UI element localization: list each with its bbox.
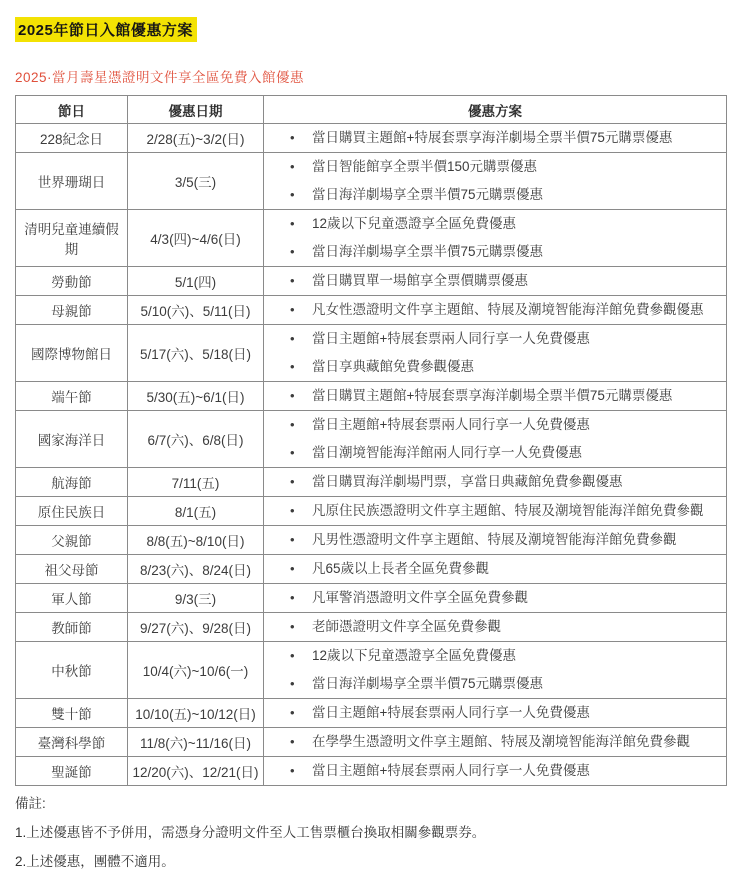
table-row: 228紀念日2/28(五)~3/2(日)當日購買主題館+特展套票享海洋劇場全票半… [16,124,727,153]
table-row: 教師節9/27(六)、9/28(日)老師憑證明文件享全區免費參觀 [16,613,727,642]
date-cell: 7/11(五) [128,468,264,497]
offer-item: 當日購買海洋劇場門票，享當日典藏館免費參觀優惠 [290,468,720,496]
holiday-cell: 航海節 [16,468,128,497]
offer-item: 當日主題館+特展套票兩人同行享一人免費優惠 [290,325,720,353]
offer-item: 12歲以下兒童憑證享全區免費優惠 [290,642,720,670]
offer-list: 當日購買主題館+特展套票享海洋劇場全票半價75元購票優惠 [264,382,726,410]
date-cell: 12/20(六)、12/21(日) [128,757,264,786]
holiday-cell: 世界珊瑚日 [16,153,128,210]
offer-list: 當日主題館+特展套票兩人同行享一人免費優惠 [264,757,726,785]
offer-item: 當日智能館享全票半價150元購票優惠 [290,153,720,181]
offer-item: 當日海洋劇場享全票半價75元購票優惠 [290,238,720,266]
offer-list: 12歲以下兒童憑證享全區免費優惠當日海洋劇場享全票半價75元購票優惠 [264,642,726,698]
table-row: 清明兒童連續假期4/3(四)~4/6(日)12歲以下兒童憑證享全區免費優惠當日海… [16,210,727,267]
offer-item: 凡軍警消憑證明文件享全區免費參觀 [290,584,720,612]
holiday-cell: 勞動節 [16,267,128,296]
holiday-cell: 國家海洋日 [16,411,128,468]
header-cell-offers: 優惠方案 [264,96,727,124]
table-row: 軍人節9/3(三)凡軍警消憑證明文件享全區免費參觀 [16,584,727,613]
table-row: 端午節5/30(五)~6/1(日)當日購買主題館+特展套票享海洋劇場全票半價75… [16,382,727,411]
offer-list: 當日購買主題館+特展套票享海洋劇場全票半價75元購票優惠 [264,124,726,152]
header-cell-holiday: 節日 [16,96,128,124]
offers-cell: 凡女性憑證明文件享主題館、特展及潮境智能海洋館免費參觀優惠 [264,296,727,325]
date-cell: 10/4(六)~10/6(一) [128,642,264,699]
date-cell: 8/1(五) [128,497,264,526]
offers-cell: 凡65歲以上長者全區免費參觀 [264,555,727,584]
offers-cell: 當日主題館+特展套票兩人同行享一人免費優惠當日潮境智能海洋館兩人同行享一人免費優… [264,411,727,468]
note-line: 1.上述優惠皆不予併用，需憑身分證明文件至人工售票櫃台換取相關參觀票券。 [15,824,726,842]
date-cell: 3/5(三) [128,153,264,210]
offer-item: 當日主題館+特展套票兩人同行享一人免費優惠 [290,411,720,439]
header-cell-date: 優惠日期 [128,96,264,124]
holiday-cell: 雙十節 [16,699,128,728]
document-page: 2025年節日入館優惠方案 2025·當月壽星憑證明文件享全區免費入館優惠 節日… [0,0,740,871]
table-row: 航海節7/11(五)當日購買海洋劇場門票，享當日典藏館免費參觀優惠 [16,468,727,497]
offers-cell: 12歲以下兒童憑證享全區免費優惠當日海洋劇場享全票半價75元購票優惠 [264,642,727,699]
date-cell: 6/7(六)、6/8(日) [128,411,264,468]
offers-cell: 12歲以下兒童憑證享全區免費優惠當日海洋劇場享全票半價75元購票優惠 [264,210,727,267]
offer-item: 當日享典藏館免費參觀優惠 [290,353,720,381]
holiday-cell: 父親節 [16,526,128,555]
holiday-cell: 國際博物館日 [16,325,128,382]
offer-item: 當日購買主題館+特展套票享海洋劇場全票半價75元購票優惠 [290,382,720,410]
offers-cell: 在學學生憑證明文件享主題館、特展及潮境智能海洋館免費參觀 [264,728,727,757]
holiday-cell: 臺灣科學節 [16,728,128,757]
offer-list: 凡原住民族憑證明文件享主題館、特展及潮境智能海洋館免費參觀 [264,497,726,525]
holiday-cell: 軍人節 [16,584,128,613]
offer-list: 老師憑證明文件享全區免費參觀 [264,613,726,641]
offer-list: 凡65歲以上長者全區免費參觀 [264,555,726,583]
holiday-discount-table: 節日 優惠日期 優惠方案 228紀念日2/28(五)~3/2(日)當日購買主題館… [15,95,727,786]
date-cell: 4/3(四)~4/6(日) [128,210,264,267]
offer-list: 12歲以下兒童憑證享全區免費優惠當日海洋劇場享全票半價75元購票優惠 [264,210,726,266]
offer-item: 當日海洋劇場享全票半價75元購票優惠 [290,670,720,698]
offers-cell: 凡原住民族憑證明文件享主題館、特展及潮境智能海洋館免費參觀 [264,497,727,526]
offer-list: 凡女性憑證明文件享主題館、特展及潮境智能海洋館免費參觀優惠 [264,296,726,324]
page-subtitle: 2025·當月壽星憑證明文件享全區免費入館優惠 [15,66,726,86]
offer-list: 當日主題館+特展套票兩人同行享一人免費優惠當日潮境智能海洋館兩人同行享一人免費優… [264,411,726,467]
holiday-cell: 祖父母節 [16,555,128,584]
date-cell: 9/3(三) [128,584,264,613]
table-row: 國際博物館日5/17(六)、5/18(日)當日主題館+特展套票兩人同行享一人免費… [16,325,727,382]
table-row: 父親節8/8(五)~8/10(日)凡男性憑證明文件享主題館、特展及潮境智能海洋館… [16,526,727,555]
offer-item: 凡男性憑證明文件享主題館、特展及潮境智能海洋館免費參觀 [290,526,720,554]
holiday-cell: 聖誕節 [16,757,128,786]
offer-list: 凡軍警消憑證明文件享全區免費參觀 [264,584,726,612]
offer-item: 當日主題館+特展套票兩人同行享一人免費優惠 [290,757,720,785]
date-cell: 9/27(六)、9/28(日) [128,613,264,642]
date-cell: 8/8(五)~8/10(日) [128,526,264,555]
offer-item: 凡原住民族憑證明文件享主題館、特展及潮境智能海洋館免費參觀 [290,497,720,525]
table-row: 聖誕節12/20(六)、12/21(日)當日主題館+特展套票兩人同行享一人免費優… [16,757,727,786]
table-row: 原住民族日8/1(五)凡原住民族憑證明文件享主題館、特展及潮境智能海洋館免費參觀 [16,497,727,526]
offers-cell: 當日購買海洋劇場門票，享當日典藏館免費參觀優惠 [264,468,727,497]
offer-list: 當日智能館享全票半價150元購票優惠當日海洋劇場享全票半價75元購票優惠 [264,153,726,209]
offer-item: 在學學生憑證明文件享主題館、特展及潮境智能海洋館免費參觀 [290,728,720,756]
holiday-cell: 教師節 [16,613,128,642]
date-cell: 5/10(六)、5/11(日) [128,296,264,325]
note-line: 2.上述優惠，團體不適用。 [15,853,726,871]
offer-list: 當日主題館+特展套票兩人同行享一人免費優惠當日享典藏館免費參觀優惠 [264,325,726,381]
table-row: 母親節5/10(六)、5/11(日)凡女性憑證明文件享主題館、特展及潮境智能海洋… [16,296,727,325]
offer-list: 凡男性憑證明文件享主題館、特展及潮境智能海洋館免費參觀 [264,526,726,554]
holiday-cell: 228紀念日 [16,124,128,153]
notes-section: 備註: 1.上述優惠皆不予併用，需憑身分證明文件至人工售票櫃台換取相關參觀票券。… [15,795,726,871]
date-cell: 5/17(六)、5/18(日) [128,325,264,382]
holiday-cell: 中秋節 [16,642,128,699]
page-title: 2025年節日入館優惠方案 [15,17,197,42]
offers-cell: 老師憑證明文件享全區免費參觀 [264,613,727,642]
offers-cell: 當日主題館+特展套票兩人同行享一人免費優惠 [264,757,727,786]
offer-list: 當日購買海洋劇場門票，享當日典藏館免費參觀優惠 [264,468,726,496]
date-cell: 5/30(五)~6/1(日) [128,382,264,411]
offer-list: 在學學生憑證明文件享主題館、特展及潮境智能海洋館免費參觀 [264,728,726,756]
offers-cell: 當日主題館+特展套票兩人同行享一人免費優惠當日享典藏館免費參觀優惠 [264,325,727,382]
offer-item: 當日購買主題館+特展套票享海洋劇場全票半價75元購票優惠 [290,124,720,152]
offer-item: 當日主題館+特展套票兩人同行享一人免費優惠 [290,699,720,727]
table-row: 雙十節10/10(五)~10/12(日)當日主題館+特展套票兩人同行享一人免費優… [16,699,727,728]
table-body: 228紀念日2/28(五)~3/2(日)當日購買主題館+特展套票享海洋劇場全票半… [16,124,727,786]
date-cell: 10/10(五)~10/12(日) [128,699,264,728]
offers-cell: 當日購買主題館+特展套票享海洋劇場全票半價75元購票優惠 [264,382,727,411]
offer-item: 當日潮境智能海洋館兩人同行享一人免費優惠 [290,439,720,467]
date-cell: 5/1(四) [128,267,264,296]
table-header-row: 節日 優惠日期 優惠方案 [16,96,727,124]
offer-item: 凡65歲以上長者全區免費參觀 [290,555,720,583]
date-cell: 11/8(六)~11/16(日) [128,728,264,757]
notes-label: 備註: [15,795,726,813]
holiday-cell: 清明兒童連續假期 [16,210,128,267]
offer-item: 當日海洋劇場享全票半價75元購票優惠 [290,181,720,209]
table-row: 臺灣科學節11/8(六)~11/16(日)在學學生憑證明文件享主題館、特展及潮境… [16,728,727,757]
holiday-cell: 母親節 [16,296,128,325]
offers-cell: 當日智能館享全票半價150元購票優惠當日海洋劇場享全票半價75元購票優惠 [264,153,727,210]
offer-list: 當日購買單一場館享全票價購票優惠 [264,267,726,295]
offer-item: 凡女性憑證明文件享主題館、特展及潮境智能海洋館免費參觀優惠 [290,296,720,324]
offers-cell: 凡軍警消憑證明文件享全區免費參觀 [264,584,727,613]
offers-cell: 當日購買單一場館享全票價購票優惠 [264,267,727,296]
table-row: 國家海洋日6/7(六)、6/8(日)當日主題館+特展套票兩人同行享一人免費優惠當… [16,411,727,468]
table-row: 祖父母節8/23(六)、8/24(日)凡65歲以上長者全區免費參觀 [16,555,727,584]
offer-item: 老師憑證明文件享全區免費參觀 [290,613,720,641]
table-row: 中秋節10/4(六)~10/6(一)12歲以下兒童憑證享全區免費優惠當日海洋劇場… [16,642,727,699]
holiday-cell: 原住民族日 [16,497,128,526]
offer-list: 當日主題館+特展套票兩人同行享一人免費優惠 [264,699,726,727]
offers-cell: 凡男性憑證明文件享主題館、特展及潮境智能海洋館免費參觀 [264,526,727,555]
offers-cell: 當日購買主題館+特展套票享海洋劇場全票半價75元購票優惠 [264,124,727,153]
offers-cell: 當日主題館+特展套票兩人同行享一人免費優惠 [264,699,727,728]
offer-item: 12歲以下兒童憑證享全區免費優惠 [290,210,720,238]
holiday-cell: 端午節 [16,382,128,411]
date-cell: 2/28(五)~3/2(日) [128,124,264,153]
table-row: 世界珊瑚日3/5(三)當日智能館享全票半價150元購票優惠當日海洋劇場享全票半價… [16,153,727,210]
offer-item: 當日購買單一場館享全票價購票優惠 [290,267,720,295]
table-row: 勞動節5/1(四)當日購買單一場館享全票價購票優惠 [16,267,727,296]
date-cell: 8/23(六)、8/24(日) [128,555,264,584]
